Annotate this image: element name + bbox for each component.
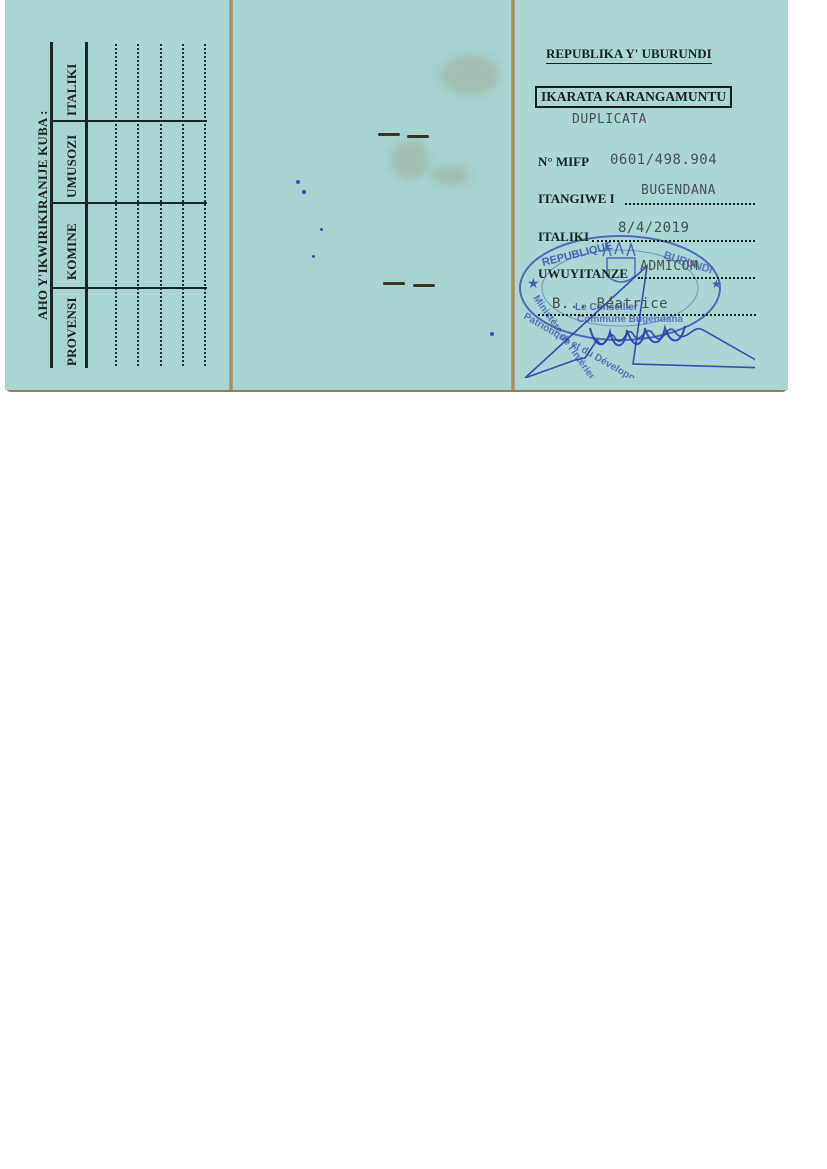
staple-slit <box>383 282 405 285</box>
dotted-line <box>592 240 755 242</box>
table-column-divider <box>51 120 207 122</box>
dotted-line <box>538 314 756 316</box>
field-label-italiki: ITALIKI <box>538 229 589 245</box>
stain <box>440 55 500 95</box>
dotted-line <box>638 277 755 279</box>
field-value-itangiwe: BUGENDANA <box>641 183 716 198</box>
ink-speck <box>490 332 494 336</box>
column-header-italiki: ITALIKI <box>64 64 80 116</box>
field-label-mifp: N° MIFP <box>538 154 589 170</box>
duplicate-mark: DUPLICATA <box>572 112 647 127</box>
table-dotted-row <box>137 44 139 366</box>
ink-speck <box>320 228 323 231</box>
ink-speck <box>296 180 300 184</box>
field-label-uwuyitanze: UWUYITANZE <box>538 266 628 282</box>
left-panel-heading: AHO Y'IKWIRIKIRANIJE KUBA : <box>35 110 51 320</box>
ink-speck <box>312 255 315 258</box>
table-column-divider <box>51 287 207 289</box>
republic-header: REPUBLIKA Y' UBURUNDI <box>546 46 712 64</box>
table-dotted-row <box>204 44 206 366</box>
column-header-umusozi: UMUSOZI <box>64 134 80 198</box>
dotted-line <box>625 203 755 205</box>
staple-slit <box>378 133 400 136</box>
column-header-komine: KOMINE <box>64 223 80 280</box>
table-dotted-row <box>182 44 184 366</box>
issuer-name: B... Béatrice <box>552 296 668 312</box>
ink-speck <box>302 190 306 194</box>
table-border <box>85 42 88 368</box>
field-value-uwuyitanze: ADMICOM <box>640 259 698 274</box>
card-title: IKARATA KARANGAMUNTU <box>535 86 732 108</box>
field-value-italiki: 8/4/2019 <box>618 220 689 236</box>
stain <box>390 140 430 180</box>
table-dotted-row <box>115 44 117 366</box>
field-label-itangiwe: ITANGIWE I <box>538 191 615 207</box>
svg-text:★: ★ <box>711 277 722 291</box>
fold-line <box>229 0 233 390</box>
staple-slit <box>413 284 435 287</box>
table-column-divider <box>51 202 207 204</box>
column-header-provensi: PROVENSI <box>64 297 80 366</box>
table-dotted-row <box>160 44 162 366</box>
field-value-mifp: 0601/498.904 <box>610 152 717 168</box>
stain <box>430 165 470 185</box>
staple-slit <box>407 135 429 138</box>
